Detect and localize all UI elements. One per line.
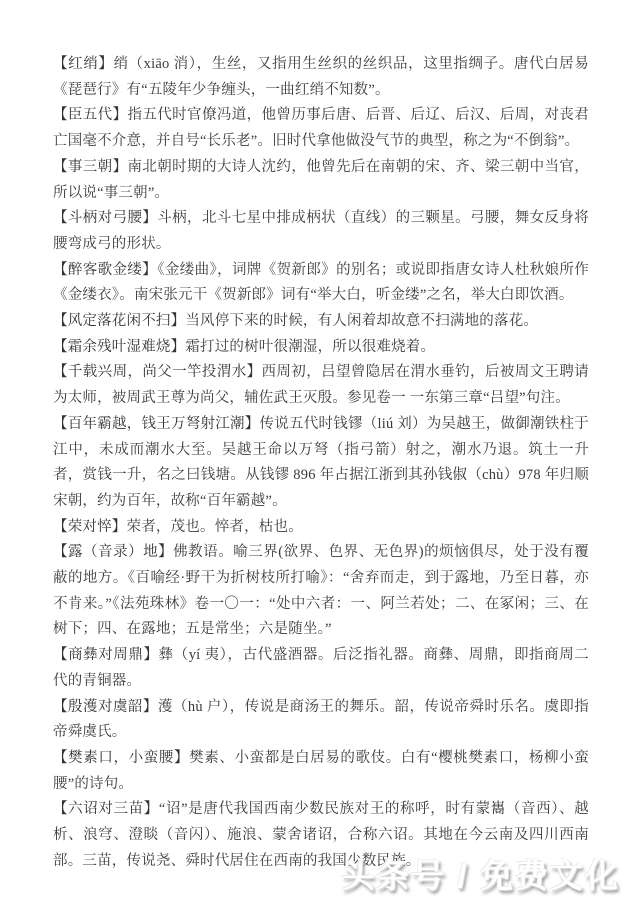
entry-body: 荣者，茂也。悴者，枯也。	[127, 519, 303, 535]
entry-paragraph: 【商彝对周鼎】彝（yí 夷），古代盛酒器。后泛指礼器。商彝、周鼎，即指商周二代的…	[53, 643, 589, 694]
entry-body: 绡（xiāo 消），生丝，又指用生丝织的丝织品，这里指绸子。唐代白居易《琵琶行》…	[53, 56, 589, 98]
entry-body: 指五代时官僚冯道，他曾历事后唐、后晋、后辽、后汉、后周，对丧君亡国毫不介意，并自…	[53, 107, 589, 149]
entry-term: 【红绡】	[53, 56, 113, 72]
entry-term: 【醉客歌金缕】	[53, 262, 157, 278]
document-body: 【红绡】绡（xiāo 消），生丝，又指用生丝织的丝织品，这里指绸子。唐代白居易《…	[53, 52, 589, 875]
entry-term: 【百年霸越，钱王万弩射江潮】	[53, 416, 260, 432]
entry-paragraph: 【殷濩对虞韶】濩（hù 户），传说是商汤王的舞乐。韶，传说帝舜时乐名。虞即指帝舜…	[53, 695, 589, 746]
entry-body: 当风停下来的时候，有人闲着却故意不扫满地的落花。	[185, 313, 538, 329]
entry-term: 【斗柄对弓腰】	[53, 210, 157, 226]
entry-paragraph: 【千载兴周，尚父一竿投渭水】西周初，吕望曾隐居在渭水垂钓，后被周文王聘请为太师，…	[53, 360, 589, 411]
entry-term: 【殷濩对虞韶】	[53, 699, 158, 715]
entry-paragraph: 【红绡】绡（xiāo 消），生丝，又指用生丝织的丝织品，这里指绸子。唐代白居易《…	[53, 52, 589, 103]
entry-paragraph: 【事三朝】南北朝时期的大诗人沈约，他曾先后在南朝的宋、齐、梁三朝中当官，所以说“…	[53, 155, 589, 206]
entry-paragraph: 【百年霸越，钱王万弩射江潮】传说五代时钱镠（liú 刘）为吴越王，做御潮铁柱于江…	[53, 412, 589, 515]
entry-term: 【臣五代】	[53, 107, 127, 123]
entry-term: 【霜余残叶湿难烧】	[53, 339, 185, 355]
toutiao-watermark: 头条号 / 免费文化	[341, 850, 620, 897]
entry-paragraph: 【风定落花闲不扫】当风停下来的时候，有人闲着却故意不扫满地的落花。	[53, 309, 589, 335]
entry-paragraph: 【樊素口，小蛮腰】樊素、小蛮都是白居易的歌伎。白有“樱桃樊素口，杨柳小蛮腰”的诗…	[53, 746, 589, 797]
entry-term: 【露（音录）地】	[53, 544, 173, 560]
document-page: 【红绡】绡（xiāo 消），生丝，又指用生丝织的丝织品，这里指绸子。唐代白居易《…	[0, 0, 640, 905]
entry-term: 【事三朝】	[53, 159, 127, 175]
entry-paragraph: 【醉客歌金缕】《金缕曲》，词牌《贺新郎》的别名；或说即指唐女诗人杜秋娘所作《金缕…	[53, 258, 589, 309]
entry-paragraph: 【臣五代】指五代时官僚冯道，他曾历事后唐、后晋、后辽、后汉、后周，对丧君亡国毫不…	[53, 103, 589, 154]
entry-term: 【商彝对周鼎】	[53, 647, 159, 663]
entry-paragraph: 【霜余残叶湿难烧】霜打过的树叶很潮湿，所以很难烧着。	[53, 335, 589, 361]
entry-term: 【荣对悴】	[53, 519, 127, 535]
entry-term: 【樊素口，小蛮腰】	[53, 750, 189, 766]
entry-body: 南北朝时期的大诗人沈约，他曾先后在南朝的宋、齐、梁三朝中当官，所以说“事三朝”。	[53, 159, 589, 201]
entry-paragraph: 【露（音录）地】佛教语。喻三界(欲界、色界、无色界)的烦恼俱尽，处于没有覆蔽的地…	[53, 540, 589, 643]
entry-term: 【千载兴周，尚父一竿投渭水】	[53, 364, 262, 380]
entry-body: 霜打过的树叶很潮湿，所以很难烧着。	[185, 339, 435, 355]
entry-paragraph: 【斗柄对弓腰】斗柄，北斗七星中排成柄状（直线）的三颗星。弓腰，舞女反身将腰弯成弓…	[53, 206, 589, 257]
entry-term: 【六诏对三苗】	[53, 801, 159, 817]
entry-term: 【风定落花闲不扫】	[53, 313, 185, 329]
entry-paragraph: 【荣对悴】荣者，茂也。悴者，枯也。	[53, 515, 589, 541]
